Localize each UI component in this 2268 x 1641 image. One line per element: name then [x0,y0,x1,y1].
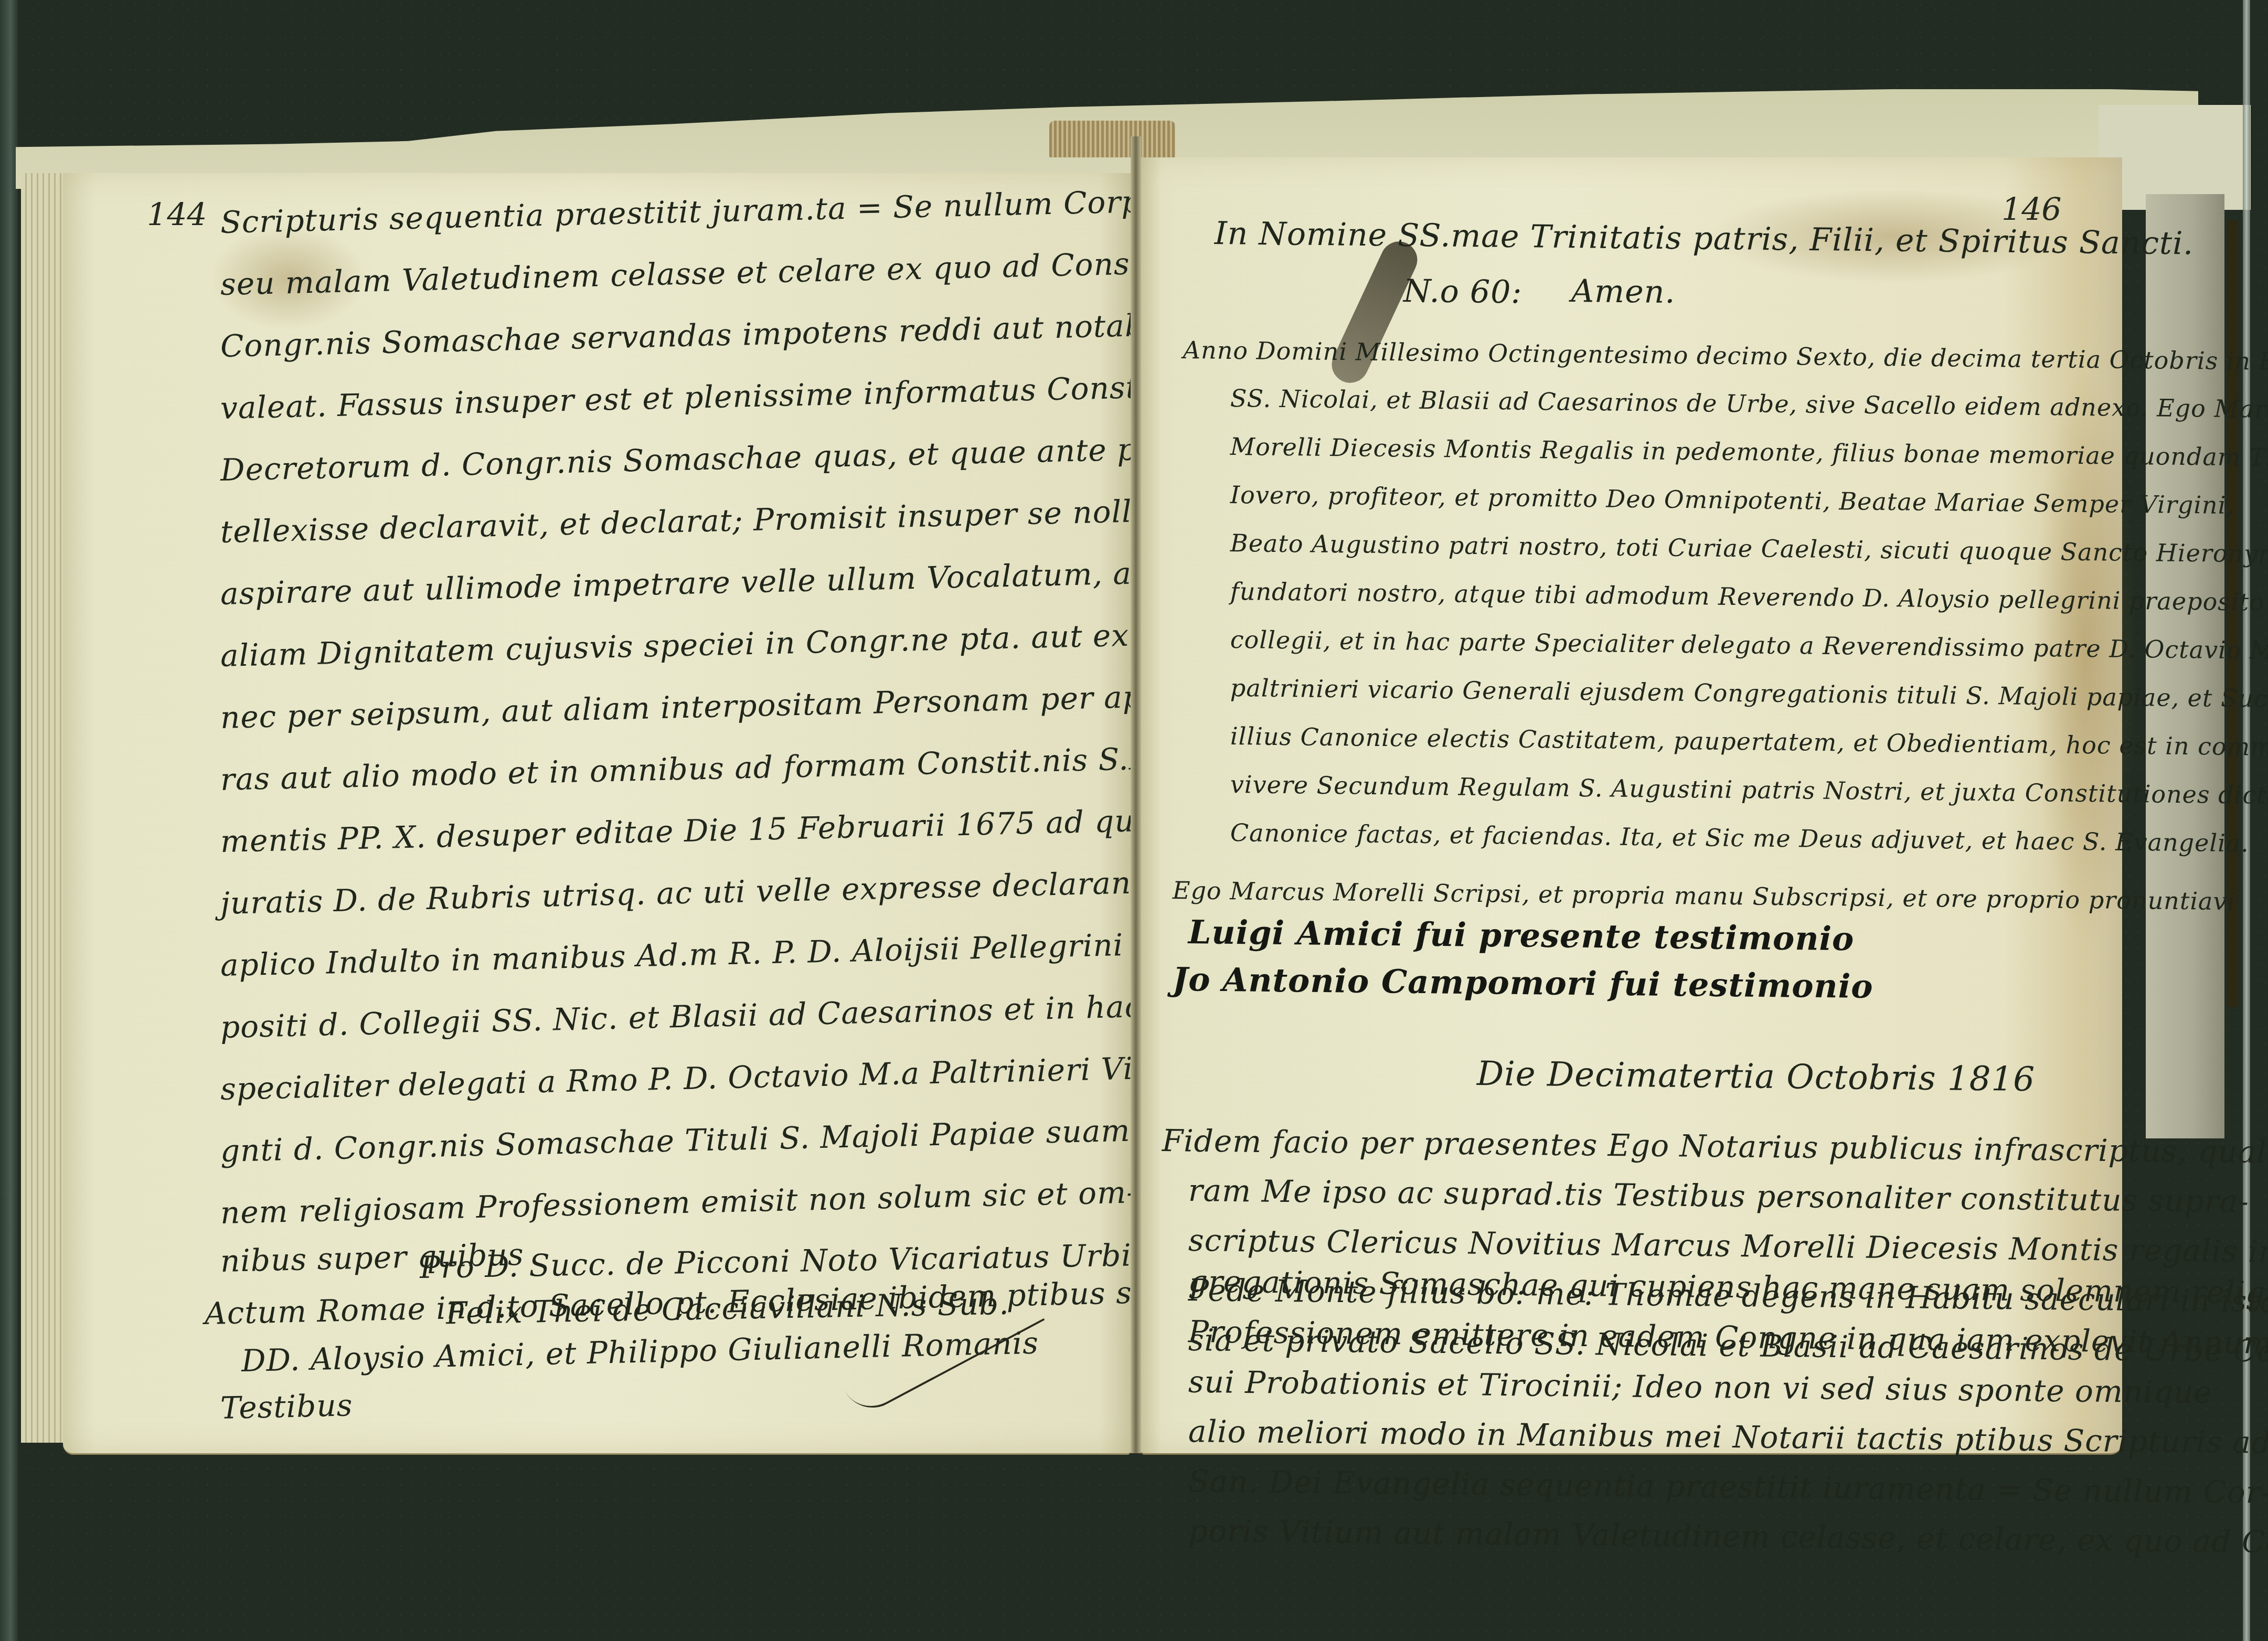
right-page: 146 In Nomine SS.mae Trinitatis patris, … [1141,157,2122,1455]
text-line: positi d. Collegii SS. Nic. et Blasii ad… [220,986,1238,1045]
text-line: valeat. Fassus insuper est et plenissime… [220,366,1283,426]
text-line: aspirare aut ullimode impetrare velle ul… [220,555,1165,612]
act-clause-line: Testibus [220,1387,353,1426]
text-line: gnti d. Congr.nis Somaschae Tituli S. Ma… [220,1110,1244,1169]
page-number-left: 144 [147,197,207,233]
book-gutter [1131,136,1141,1453]
notary-line: ram Me ipso ac suprad.tis Testibus perso… [1188,1173,2250,1219]
witness-line: Jo Antonio Campomori fui testimonio [1173,960,1873,1006]
page-number-right: 146 [2001,191,2062,228]
glass-edge-right [2243,0,2250,1641]
notary-line: Fidem facio per praesentes Ego Notarius … [1162,1123,2268,1171]
text-line: juratis D. de Rubris utrisq. ac uti vell… [220,862,1237,921]
notary-line: scriptus Clericus Novitius Marcus Morell… [1188,1222,2268,1270]
text-line: aliam Dignitatem cujusvis speciei in Con… [220,614,1252,674]
entry-number: N.o 60: [1403,273,1522,311]
left-leaf-edges [21,173,68,1443]
text-line: aplico Indulto in manibus Ad.m R. P. D. … [220,925,1215,983]
text-line: nem religiosam Professionem emisit non s… [220,1174,1137,1231]
text-line: ras aut alio modo et in omnibus ad forma… [220,739,1244,797]
binding-sewing [1049,121,1175,157]
text-line: specialiter delegati a Rmo P. D. Octavio… [220,1050,1161,1107]
witness-line: Luigi Amici fui presente testimonio [1188,913,1855,958]
glass-edge-left [0,0,18,1641]
text-line: tellexisse declaravit, et declarat; Prom… [220,493,1151,550]
amen-text: Amen. [1571,273,1676,311]
text-line: mentis PP. X. desuper editae Die 15 Febr… [220,801,1247,859]
date-heading: Die Decimatertia Octobris 1816 [1477,1054,2036,1099]
folded-leaf-right [2146,194,2224,1138]
profession-line: SS. Nicolai, et Blasii ad Caesarinos de … [1230,384,2268,424]
